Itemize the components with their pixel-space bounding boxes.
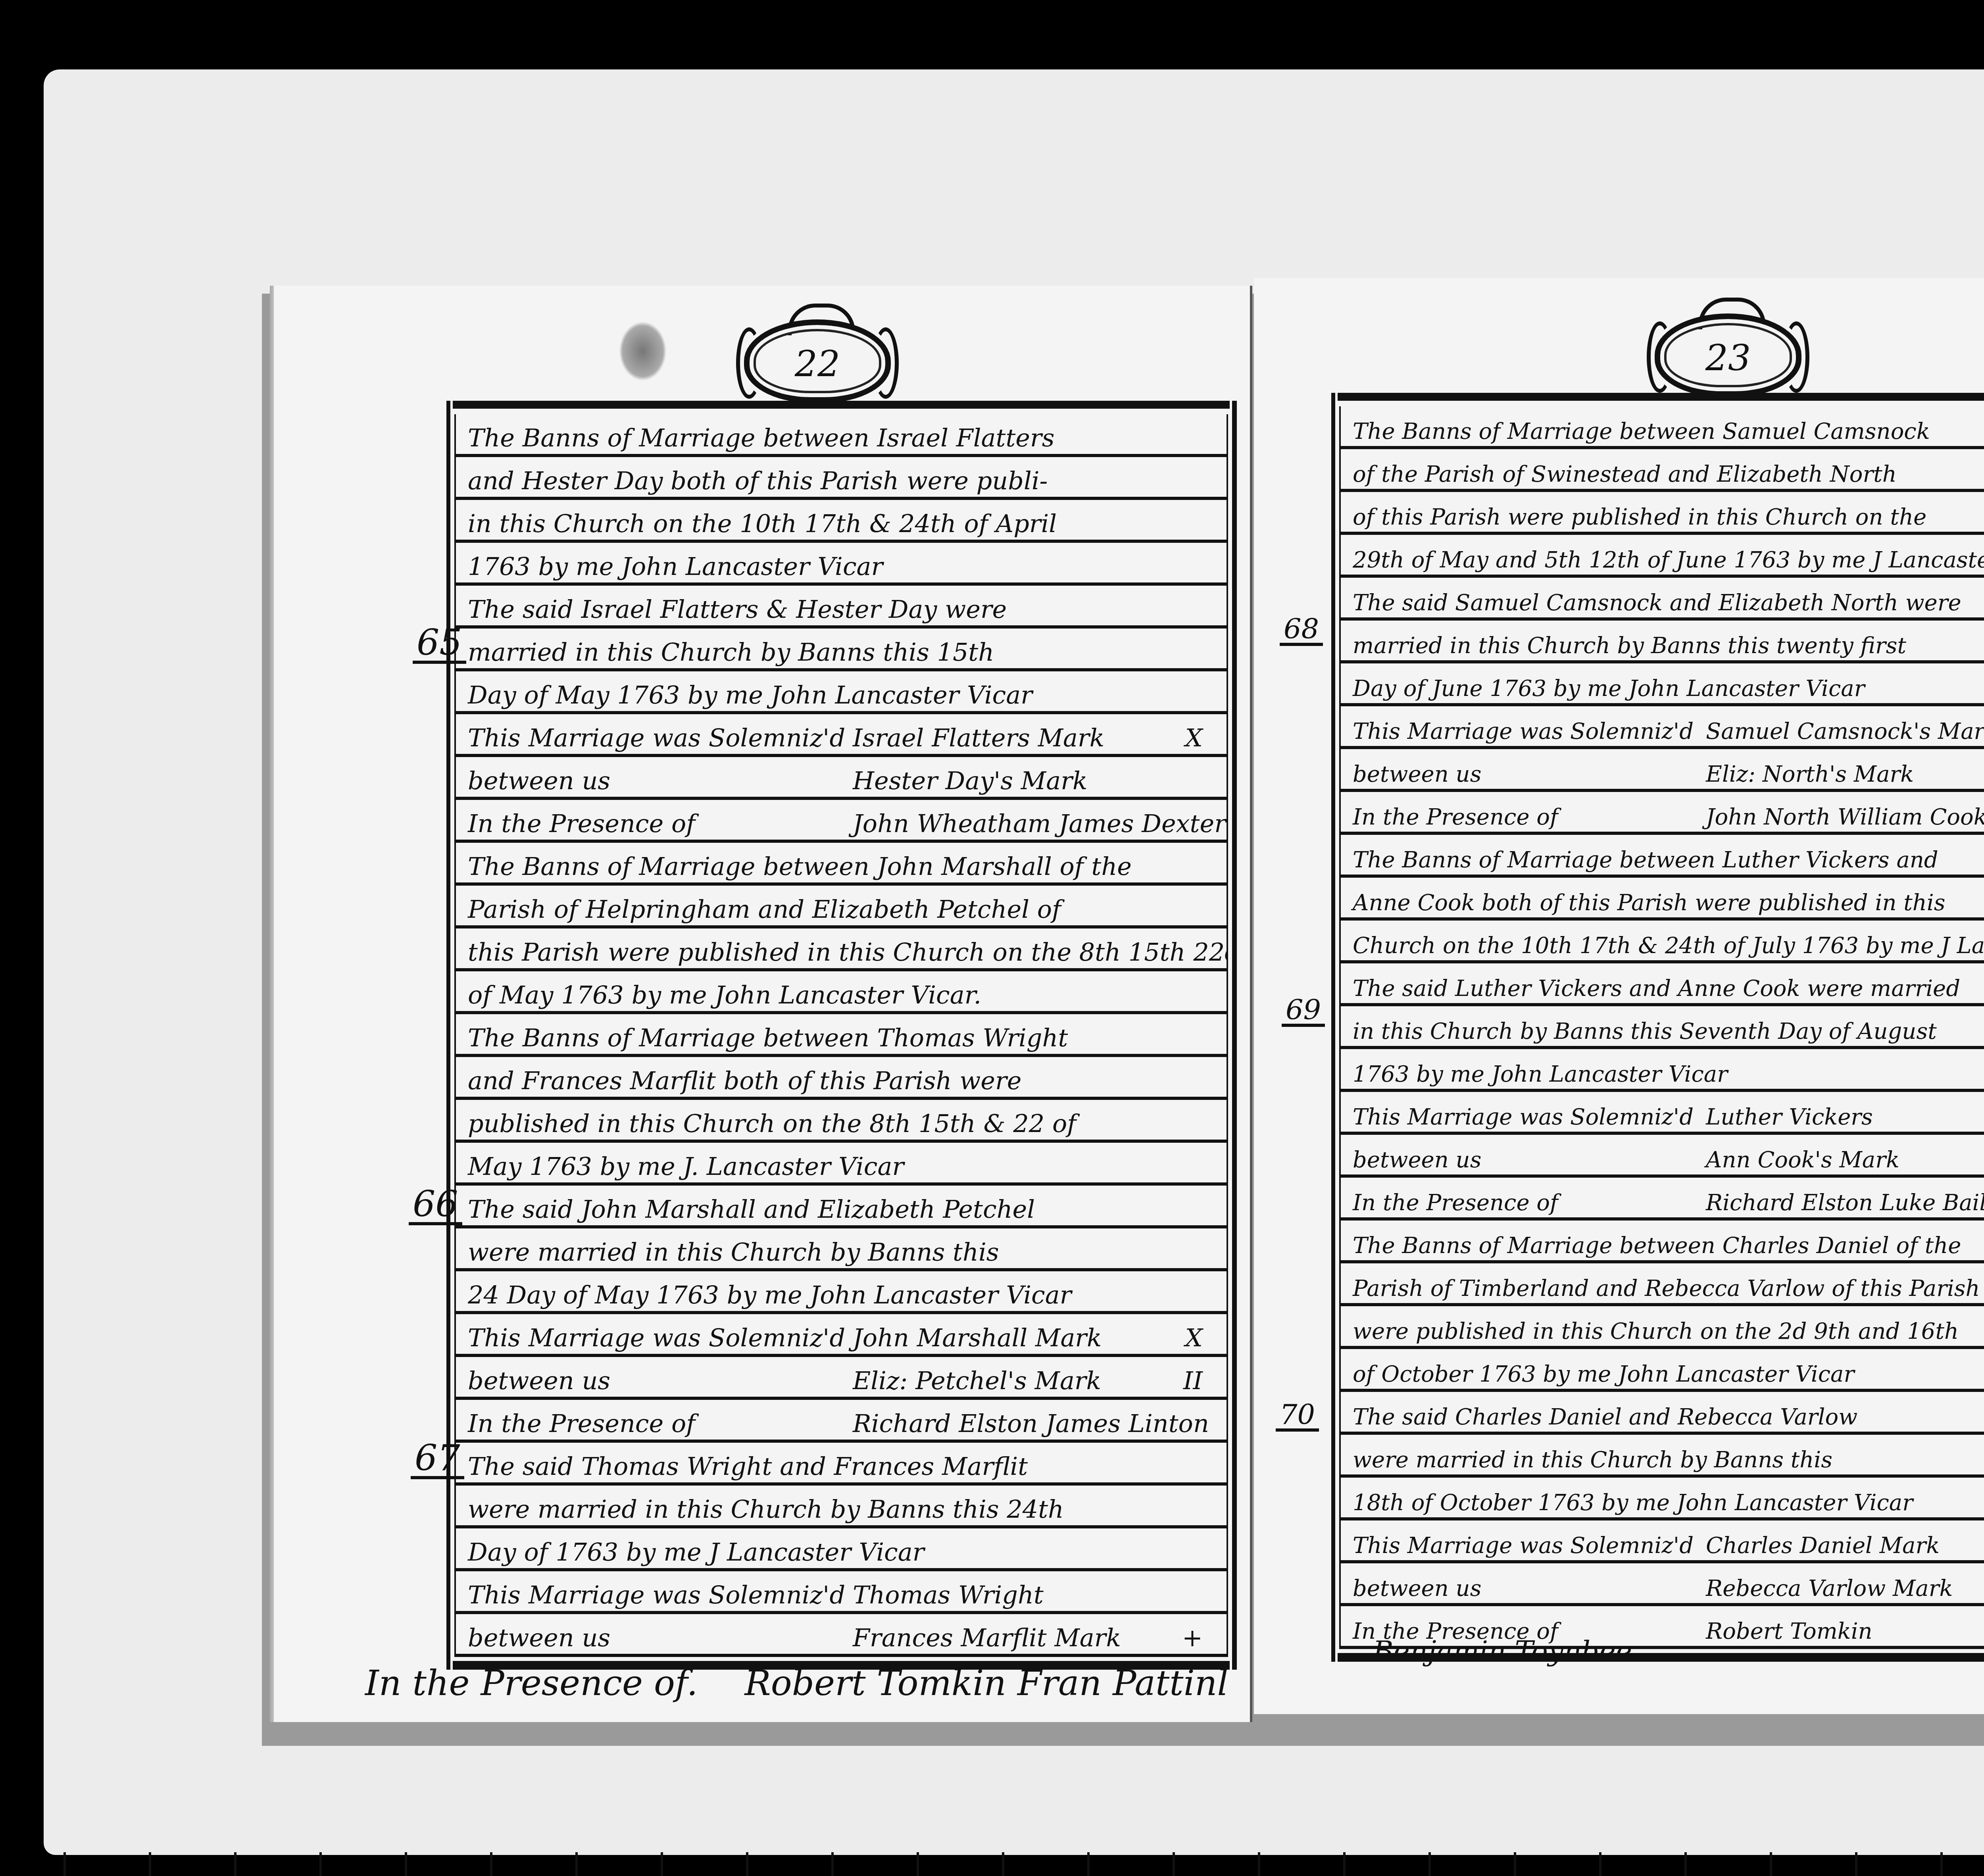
register-line: The Banns of Marriage between Samuel Cam… <box>1341 406 1984 449</box>
register-line: May 1763 by me J. Lancaster Vicar <box>456 1143 1227 1186</box>
register-line: In the Presence ofJohn Wheatham James De… <box>456 800 1227 843</box>
sprocket-mark <box>405 1852 407 1876</box>
line-text: in this Church on the 10th 17th & 24th o… <box>468 509 1057 538</box>
signature: Israel Flatters Mark <box>853 723 1104 752</box>
register-line: between usRebecca Varlow Mark <box>1341 1563 1984 1606</box>
register-line: and Frances Marflit both of this Parish … <box>456 1057 1227 1100</box>
line-text: The Banns of Marriage between Charles Da… <box>1353 1233 1961 1259</box>
register-line: The said John Marshall and Elizabeth Pet… <box>456 1186 1227 1228</box>
signature: Ann Cook's Mark <box>1706 1147 1899 1173</box>
line-text: Parish of Timberland and Rebecca Varlow … <box>1353 1276 1980 1301</box>
register-line: In the Presence ofRichard Elston James L… <box>456 1400 1227 1443</box>
register-line: The said Charles Daniel and Rebecca Varl… <box>1341 1392 1984 1435</box>
register-line: in this Church on the 10th 17th & 24th o… <box>456 500 1227 543</box>
sprocket-mark <box>1684 1852 1687 1876</box>
register-line: married in this Church by Banns this 15t… <box>456 629 1227 671</box>
register-line: 24 Day of May 1763 by me John Lancaster … <box>456 1271 1227 1314</box>
register-line: between usHester Day's Mark <box>456 757 1227 800</box>
register-line: This Marriage was Solemniz'dIsrael Flatt… <box>456 714 1227 757</box>
register-line: Day of June 1763 by me John Lancaster Vi… <box>1341 663 1984 706</box>
line-text: The said John Marshall and Elizabeth Pet… <box>468 1195 1035 1224</box>
line-text: This Marriage was Solemniz'd <box>1353 1533 1694 1559</box>
line-text: In the Presence of <box>468 1409 695 1438</box>
line-text: The Banns of Marriage between Samuel Cam… <box>1353 419 1930 444</box>
signature: Eliz: North's Mark <box>1706 761 1914 787</box>
line-text: The said Israel Flatters & Hester Day we… <box>468 595 1007 624</box>
register-line: Parish of Helpringham and Elizabeth Petc… <box>456 886 1227 928</box>
sprocket-mark <box>1599 1852 1601 1876</box>
line-text: were married in this Church by Banns thi… <box>468 1495 1064 1524</box>
register-line: of October 1763 by me John Lancaster Vic… <box>1341 1349 1984 1392</box>
line-text: The Banns of Marriage between John Marsh… <box>468 852 1132 881</box>
line-text: 1763 by me John Lancaster Vicar <box>468 552 883 581</box>
line-text: were published in this Church on the 2d … <box>1353 1319 1959 1344</box>
line-text: This Marriage was Solemniz'd <box>468 1323 845 1352</box>
register-line: In the Presence ofRichard Elston Luke Ba… <box>1341 1178 1984 1221</box>
register-line: in this Church by Banns this Seventh Day… <box>1341 1006 1984 1049</box>
register-line: This Marriage was Solemniz'dJohn Marshal… <box>456 1314 1227 1357</box>
line-text: The Banns of Marriage between Luther Vic… <box>1353 847 1938 873</box>
sprocket-mark <box>1087 1852 1090 1876</box>
line-text: between us <box>468 1623 610 1652</box>
register-line: This Marriage was Solemniz'dSamuel Camsn… <box>1341 706 1984 749</box>
register-line: of this Parish were published in this Ch… <box>1341 492 1984 535</box>
signature-mark: II <box>1183 1366 1203 1395</box>
register-line: The Banns of Marriage between Charles Da… <box>1341 1221 1984 1263</box>
register-line: The said Thomas Wright and Frances Marfl… <box>456 1443 1227 1486</box>
line-text: 29th of May and 5th 12th of June 1763 by… <box>1353 547 1984 573</box>
signature: John North William Cook <box>1706 804 1984 830</box>
register-line: Day of 1763 by me J Lancaster Vicar <box>456 1528 1227 1571</box>
signature-mark: X <box>1185 723 1203 752</box>
register-line: The said Samuel Camsnock and Elizabeth N… <box>1341 578 1984 621</box>
register-line: were published in this Church on the 2d … <box>1341 1306 1984 1349</box>
line-text: 18th of October 1763 by me John Lancaste… <box>1353 1490 1913 1516</box>
register-line: were married in this Church by Banns thi… <box>1341 1435 1984 1478</box>
register-line: this Parish were published in this Churc… <box>456 928 1227 971</box>
register-line: This Marriage was Solemniz'dThomas Wrigh… <box>456 1571 1227 1614</box>
entry-number: 67 <box>411 1440 464 1479</box>
line-text: The said Samuel Camsnock and Elizabeth N… <box>1353 590 1961 616</box>
page-number-cartouche: 23 <box>1655 313 1801 397</box>
register-line: Parish of Timberland and Rebecca Varlow … <box>1341 1263 1984 1306</box>
sprocket-mark <box>149 1852 151 1876</box>
frame-top-rule <box>453 401 1230 409</box>
register-line: between usAnn Cook's Markt <box>1341 1135 1984 1178</box>
register-line: and Hester Day both of this Parish were … <box>456 457 1227 500</box>
register-frame: The Banns of Marriage between Israel Fla… <box>446 401 1237 1670</box>
sprocket-mark <box>575 1852 578 1876</box>
register-line: The said Israel Flatters & Hester Day we… <box>456 586 1227 629</box>
sprocket-mark <box>490 1852 492 1876</box>
signature: John Wheatham James Dexter <box>853 809 1226 838</box>
sprocket-mark <box>831 1852 834 1876</box>
register-line: between usEliz: North's Mark+ <box>1341 749 1984 792</box>
line-text: of the Parish of Swinestead and Elizabet… <box>1353 461 1897 487</box>
register-line: published in this Church on the 8th 15th… <box>456 1100 1227 1143</box>
line-text: Day of 1763 by me J Lancaster Vicar <box>468 1538 924 1567</box>
entry-number: 66 <box>409 1186 462 1225</box>
line-text: The Banns of Marriage between Israel Fla… <box>468 423 1055 452</box>
film-sprocket-marks <box>63 1849 1984 1876</box>
sprocket-mark <box>1514 1852 1516 1876</box>
line-text: of this Parish were published in this Ch… <box>1353 504 1926 530</box>
sprocket-mark <box>746 1852 748 1876</box>
line-text: The said Charles Daniel and Rebecca Varl… <box>1353 1404 1857 1430</box>
register-line: The Banns of Marriage between Luther Vic… <box>1341 835 1984 878</box>
witness-signatures: Robert Tomkin Fran Pattinl <box>744 1663 1228 1703</box>
line-text: The said Thomas Wright and Frances Marfl… <box>468 1452 1028 1481</box>
line-text: This Marriage was Solemniz'd <box>1353 1104 1694 1130</box>
line-text: Church on the 10th 17th & 24th of July 1… <box>1353 933 1984 959</box>
below-frame-witness-line: In the Presence of. Robert Tomkin Fran P… <box>365 1663 1228 1703</box>
register-frame: The Banns of Marriage between Samuel Cam… <box>1331 393 1984 1662</box>
line-text: between us <box>468 766 610 795</box>
left-page: 22 The Banns of Marriage between Israel … <box>274 286 1252 1722</box>
signature: Richard Elston Luke Bailey <box>1706 1190 1984 1216</box>
sprocket-mark <box>1770 1852 1772 1876</box>
register-line: In the Presence ofJohn North William Coo… <box>1341 792 1984 835</box>
register-line: The Banns of Marriage between Thomas Wri… <box>456 1014 1227 1057</box>
signature: Rebecca Varlow Mark <box>1706 1576 1953 1601</box>
signature: Hester Day's Mark <box>853 766 1087 795</box>
line-text: Day of June 1763 by me John Lancaster Vi… <box>1353 676 1865 702</box>
register-line: The said Luther Vickers and Anne Cook we… <box>1341 963 1984 1006</box>
signature: John Marshall Mark <box>853 1323 1102 1352</box>
line-text: married in this Church by Banns this twe… <box>1353 633 1906 659</box>
line-text: married in this Church by Banns this 15t… <box>468 638 994 667</box>
sprocket-mark <box>1343 1852 1346 1876</box>
frame-top-rule <box>1338 393 1984 401</box>
line-text: In the Presence of <box>468 809 695 838</box>
line-text: In the Presence of <box>1353 1190 1558 1216</box>
line-text: 24 Day of May 1763 by me John Lancaster … <box>468 1280 1071 1309</box>
sprocket-mark <box>1855 1852 1857 1876</box>
line-text: In the Presence of <box>1353 804 1558 830</box>
register-line: Anne Cook both of this Parish were publi… <box>1341 878 1984 921</box>
register-book: 22 The Banns of Marriage between Israel … <box>262 278 1984 1742</box>
line-text: The said Luther Vickers and Anne Cook we… <box>1353 976 1960 1001</box>
register-line: 1763 by me John Lancaster Vicar <box>1341 1049 1984 1092</box>
line-text: Day of May 1763 by me John Lancaster Vic… <box>468 680 1032 709</box>
register-line: married in this Church by Banns this twe… <box>1341 621 1984 663</box>
below-frame-signature: Benjamin Toynbee <box>1373 1635 1632 1667</box>
entry-number: 69 <box>1282 996 1325 1027</box>
entry-number: 68 <box>1280 615 1323 646</box>
signature: Thomas Wright <box>853 1580 1044 1609</box>
register-line: 18th of October 1763 by me John Lancaste… <box>1341 1478 1984 1520</box>
register-line: between usFrances Marflit Mark+ <box>456 1614 1227 1657</box>
register-rows: The Banns of Marriage between Samuel Cam… <box>1339 406 1984 1649</box>
register-line: of the Parish of Swinestead and Elizabet… <box>1341 449 1984 492</box>
line-text: between us <box>468 1366 610 1395</box>
register-line: This Marriage was Solemniz'dCharles Dani… <box>1341 1520 1984 1563</box>
page-number: 23 <box>1655 337 1801 379</box>
line-text: in this Church by Banns this Seventh Day… <box>1353 1019 1937 1044</box>
register-line: This Marriage was Solemniz'dLuther Vicke… <box>1341 1092 1984 1135</box>
sprocket-mark <box>319 1852 322 1876</box>
signature-mark: X <box>1185 1323 1203 1352</box>
line-text: between us <box>1353 1147 1481 1173</box>
presence-label: In the Presence of. <box>365 1663 698 1703</box>
line-text: The Banns of Marriage between Thomas Wri… <box>468 1023 1068 1052</box>
register-line: between usEliz: Petchel's MarkII <box>456 1357 1227 1400</box>
line-text: between us <box>1353 761 1481 787</box>
sprocket-mark <box>63 1852 66 1876</box>
line-text: This Marriage was Solemniz'd <box>468 723 845 752</box>
line-text: of May 1763 by me John Lancaster Vicar. <box>468 980 981 1009</box>
signature: Luther Vickers <box>1706 1104 1873 1130</box>
page-number-cartouche: 22 <box>744 319 891 403</box>
register-line: were married in this Church by Banns thi… <box>456 1486 1227 1528</box>
line-text: published in this Church on the 8th 15th… <box>468 1109 1076 1138</box>
page-number: 22 <box>744 343 891 385</box>
register-rows: The Banns of Marriage between Israel Fla… <box>454 414 1228 1657</box>
line-text: and Hester Day both of this Parish were … <box>468 466 1048 495</box>
signature: Charles Daniel Mark <box>1706 1533 1940 1559</box>
sprocket-mark <box>1002 1852 1004 1876</box>
line-text: Anne Cook both of this Parish were publi… <box>1353 890 1946 916</box>
entry-number: 70 <box>1276 1401 1319 1432</box>
register-line: The Banns of Marriage between Israel Fla… <box>456 414 1227 457</box>
line-text: This Marriage was Solemniz'd <box>468 1580 845 1609</box>
register-line: Day of May 1763 by me John Lancaster Vic… <box>456 671 1227 714</box>
sprocket-mark <box>661 1852 663 1876</box>
sprocket-mark <box>1258 1852 1260 1876</box>
sprocket-mark <box>1940 1852 1943 1876</box>
entry-number: 65 <box>413 625 466 664</box>
line-text: 1763 by me John Lancaster Vicar <box>1353 1061 1728 1087</box>
signature: Samuel Camsnock's Mark <box>1706 719 1984 744</box>
signature: Eliz: Petchel's Mark <box>853 1366 1101 1395</box>
line-text: Parish of Helpringham and Elizabeth Petc… <box>468 895 1061 924</box>
line-text: this Parish were published in this Churc… <box>468 938 1227 967</box>
line-text: This Marriage was Solemniz'd <box>1353 719 1694 744</box>
signature: Robert Tomkin <box>1706 1618 1872 1644</box>
register-line: 29th of May and 5th 12th of June 1763 by… <box>1341 535 1984 578</box>
register-line: The Banns of Marriage between John Marsh… <box>456 843 1227 886</box>
register-line: were married in this Church by Banns thi… <box>456 1228 1227 1271</box>
sprocket-mark <box>1428 1852 1431 1876</box>
register-line: Church on the 10th 17th & 24th of July 1… <box>1341 921 1984 963</box>
line-text: and Frances Marflit both of this Parish … <box>468 1066 1021 1095</box>
signature: Frances Marflit Mark <box>853 1623 1121 1652</box>
sprocket-mark <box>234 1852 236 1876</box>
ink-blot <box>619 321 667 381</box>
register-line: 1763 by me John Lancaster Vicar <box>456 543 1227 586</box>
line-text: May 1763 by me J. Lancaster Vicar <box>468 1152 904 1181</box>
sprocket-mark <box>1173 1852 1175 1876</box>
register-line: of May 1763 by me John Lancaster Vicar. <box>456 971 1227 1014</box>
right-page: 23 The Banns of Marriage between Samuel … <box>1254 278 1984 1714</box>
signature-mark: + <box>1182 1623 1203 1652</box>
line-text: of October 1763 by me John Lancaster Vic… <box>1353 1361 1854 1387</box>
line-text: were married in this Church by Banns thi… <box>468 1238 999 1267</box>
line-text: were married in this Church by Banns thi… <box>1353 1447 1832 1473</box>
signature: Richard Elston James Linton <box>853 1409 1209 1438</box>
line-text: between us <box>1353 1576 1481 1601</box>
sprocket-mark <box>917 1852 919 1876</box>
